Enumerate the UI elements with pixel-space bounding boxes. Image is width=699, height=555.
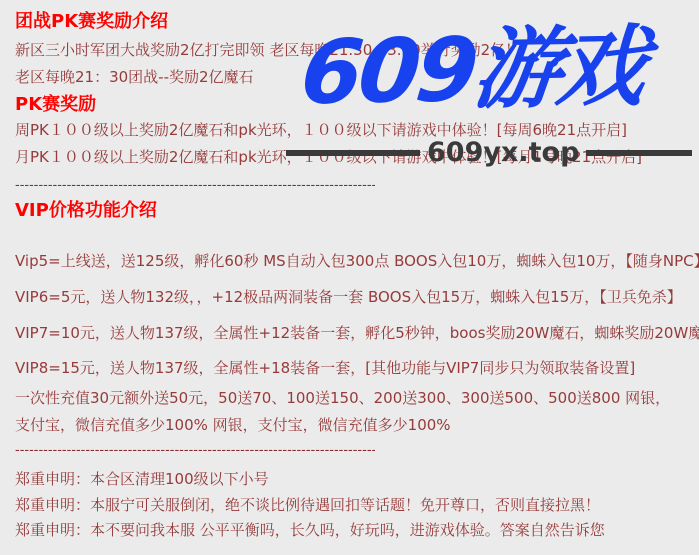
- vip5-line: Vip5=上线送，送125级，孵化60秒 MS自动入包300点 BOOS入包10…: [15, 253, 684, 269]
- separator-line-top: ----------------------------------------…: [15, 181, 375, 191]
- section-title-team-pk: 团战PK赛奖励介绍: [15, 12, 684, 31]
- watermark-bar-left: [286, 150, 420, 156]
- notice-line-3: 郑重申明：本不要问我本服 公平平衡吗，长久吗，好玩吗，进游戏体验。答案自然告诉您: [15, 522, 684, 538]
- promo-page: 团战PK赛奖励介绍 新区三小时军团大战奖励2亿打完即领 老区每晚21.30-23…: [0, 0, 699, 555]
- vip6-line: VIP6=5元，送人物132级，，+12极品两洞装备一套 BOOS入包15万，蜘…: [15, 289, 684, 305]
- vip7-line: VIP7=10元，送人物137级，全属性+12装备一套，孵化5秒钟，boos奖励…: [15, 325, 684, 341]
- notice-line-1: 郑重申明：本合区清理100级以下小号: [15, 471, 684, 487]
- vip8-line: VIP8=15元，送人物137级，全属性+18装备一套，[其他功能与VIP7同步…: [15, 360, 684, 376]
- watermark-bar-right: [586, 150, 692, 156]
- promo-content: 团战PK赛奖励介绍 新区三小时军团大战奖励2亿打完即领 老区每晚21.30-23…: [0, 12, 699, 538]
- pk-weekly-line: 周PK１００级以上奖励2亿魔石和pk光环，１００级以下请游戏中体验！[每周6晚2…: [15, 122, 684, 138]
- watermark-domain: 609yx.top: [286, 139, 692, 166]
- notice-line-2: 郑重申明：本服宁可关服倒闭，绝不谈比例待遇回扣等话题！免开尊口，否则直接拉黑！: [15, 497, 684, 513]
- team-pk-line-1: 新区三小时军团大战奖励2亿打完即领 老区每晚21.30-23.30举行奖励2亿！: [15, 42, 684, 58]
- recharge-bonus-line: 一次性充值30元额外送50元，50送70、100送150、200送300、300…: [15, 385, 684, 439]
- section-title-pk-reward: PK赛奖励: [15, 95, 684, 114]
- team-pk-line-2: 老区每晚21：30团战--奖励2亿魔石: [15, 69, 684, 85]
- watermark-domain-text: 609yx.top: [427, 139, 579, 166]
- separator-line-bottom: ----------------------------------------…: [15, 446, 375, 456]
- section-title-vip: VIP价格功能介绍: [15, 201, 684, 220]
